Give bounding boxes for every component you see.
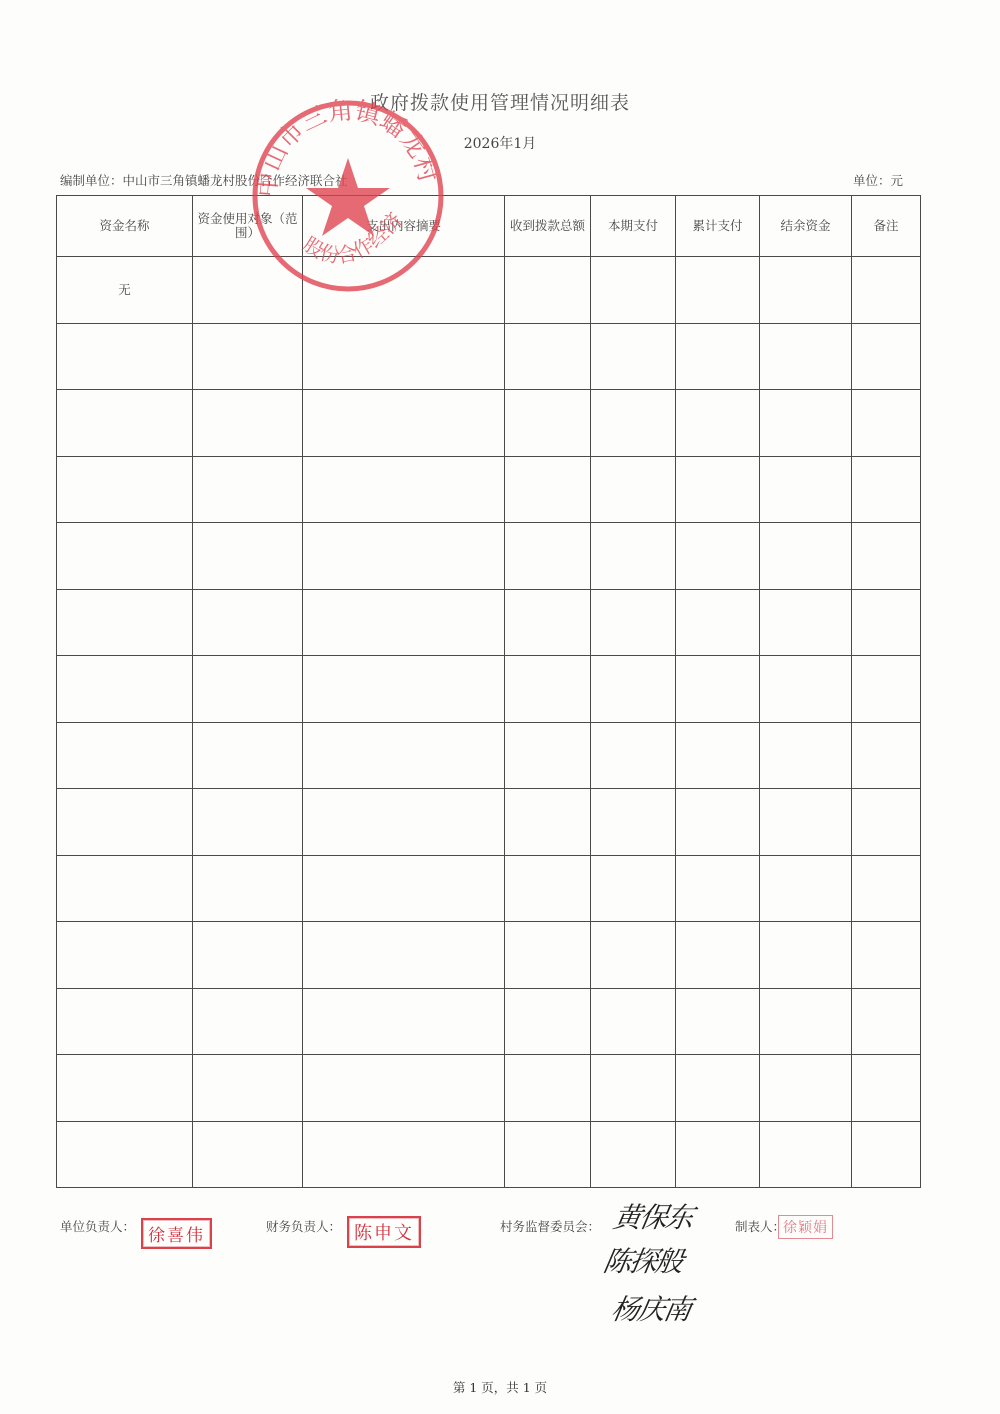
- table-cell: [57, 456, 193, 523]
- table-cell: [505, 456, 591, 523]
- preparer-org: 中山市三角镇蟠龙村股份合作经济联合社: [123, 173, 348, 188]
- table-cell: [760, 523, 852, 590]
- table-cell: [505, 722, 591, 789]
- table-cell: [760, 988, 852, 1055]
- table-cell: [193, 789, 303, 856]
- table-cell: [852, 656, 921, 723]
- table-body: 无: [57, 257, 921, 1188]
- preparer-label: 编制单位：: [60, 173, 123, 188]
- table-cell: [760, 589, 852, 656]
- table-cell: [676, 390, 760, 457]
- table-cell: [303, 722, 505, 789]
- table-cell: [852, 855, 921, 922]
- column-header: 资金名称: [57, 196, 193, 257]
- table-cell: [676, 323, 760, 390]
- finance-head-label: 财务负责人：: [266, 1217, 341, 1235]
- table-cell: [591, 257, 676, 324]
- table-cell: [852, 988, 921, 1055]
- table-cell: [303, 257, 505, 324]
- table-cell: [193, 656, 303, 723]
- unit-head-label: 单位负责人：: [60, 1217, 135, 1235]
- preparer-stamp: 徐颖娟: [778, 1215, 833, 1239]
- table-cell: [57, 390, 193, 457]
- table-cell: [303, 656, 505, 723]
- table-cell: [852, 589, 921, 656]
- table-cell: [852, 257, 921, 324]
- table-cell: [591, 922, 676, 989]
- table-header-row: 资金名称资金使用对象（范围）支出内容摘要收到拨款总额本期支付累计支付结余资金备注: [57, 196, 921, 257]
- table-row: 无: [57, 257, 921, 324]
- table-row: [57, 323, 921, 390]
- table-row: [57, 523, 921, 590]
- table-cell: [303, 988, 505, 1055]
- table-cell: [676, 589, 760, 656]
- table-cell: [303, 589, 505, 656]
- table-cell: [193, 988, 303, 1055]
- table-cell: [505, 855, 591, 922]
- table-cell: [303, 523, 505, 590]
- table-cell: [505, 1055, 591, 1122]
- table-cell: [591, 589, 676, 656]
- table-cell: [591, 523, 676, 590]
- table-cell: [760, 722, 852, 789]
- table-cell: [57, 656, 193, 723]
- report-period: 2026年1月: [0, 133, 1000, 153]
- table-cell: [852, 456, 921, 523]
- table-cell: [57, 1055, 193, 1122]
- table-cell: [303, 390, 505, 457]
- table-cell: [193, 722, 303, 789]
- table-cell: [760, 323, 852, 390]
- currency-unit: 单位：元: [853, 171, 903, 189]
- table-row: [57, 456, 921, 523]
- table-cell: [57, 988, 193, 1055]
- column-header: 备注: [852, 196, 921, 257]
- table-cell: [303, 323, 505, 390]
- table-cell: [852, 922, 921, 989]
- table-row: [57, 855, 921, 922]
- table-row: [57, 988, 921, 1055]
- table-cell: [676, 789, 760, 856]
- table-cell: [852, 323, 921, 390]
- table-cell: [505, 257, 591, 324]
- table-cell: [193, 1055, 303, 1122]
- column-header: 结余资金: [760, 196, 852, 257]
- table-cell: [57, 589, 193, 656]
- table-cell: [760, 456, 852, 523]
- table-cell: [505, 988, 591, 1055]
- table-cell: [676, 1121, 760, 1188]
- table-cell: [505, 656, 591, 723]
- table-cell: [57, 1121, 193, 1188]
- table-cell: 无: [57, 257, 193, 324]
- table-cell: [760, 1121, 852, 1188]
- table-cell: [303, 789, 505, 856]
- table-cell: [676, 722, 760, 789]
- table-cell: [591, 656, 676, 723]
- table-cell: [591, 390, 676, 457]
- table-cell: [591, 323, 676, 390]
- table-cell: [57, 855, 193, 922]
- table-cell: [852, 722, 921, 789]
- table-row: [57, 1121, 921, 1188]
- table-cell: [852, 390, 921, 457]
- column-header: 累计支付: [676, 196, 760, 257]
- table-cell: [676, 656, 760, 723]
- table-cell: [193, 390, 303, 457]
- table-cell: [676, 523, 760, 590]
- table-cell: [193, 855, 303, 922]
- table-cell: [760, 656, 852, 723]
- table-cell: [505, 323, 591, 390]
- finance-head-stamp: 陈申文: [347, 1216, 421, 1248]
- table-cell: [591, 1121, 676, 1188]
- preparer-unit: 编制单位：中山市三角镇蟠龙村股份合作经济联合社: [60, 171, 348, 189]
- table-cell: [760, 390, 852, 457]
- table-row: [57, 722, 921, 789]
- table-cell: [505, 523, 591, 590]
- table-cell: [303, 1121, 505, 1188]
- table-cell: [303, 1055, 505, 1122]
- column-header: 本期支付: [591, 196, 676, 257]
- table-cell: [591, 855, 676, 922]
- table-cell: [852, 1121, 921, 1188]
- table-cell: [852, 523, 921, 590]
- table-cell: [760, 1055, 852, 1122]
- unit-value: 元: [891, 173, 904, 188]
- table-cell: [505, 789, 591, 856]
- supervision-label: 村务监督委员会：: [500, 1217, 600, 1235]
- grant-usage-table: 资金名称资金使用对象（范围）支出内容摘要收到拨款总额本期支付累计支付结余资金备注…: [56, 195, 921, 1188]
- table-cell: [193, 257, 303, 324]
- table-cell: [591, 988, 676, 1055]
- unit-label: 单位：: [853, 173, 891, 188]
- table-cell: [505, 922, 591, 989]
- supervision-signature-1: 黄保东: [610, 1196, 695, 1236]
- column-header: 收到拨款总额: [505, 196, 591, 257]
- table-row: [57, 1055, 921, 1122]
- column-header: 支出内容摘要: [303, 196, 505, 257]
- table-cell: [303, 855, 505, 922]
- table-cell: [57, 789, 193, 856]
- table-cell: [852, 1055, 921, 1122]
- table-cell: [852, 789, 921, 856]
- table-row: [57, 789, 921, 856]
- table-row: [57, 922, 921, 989]
- table-cell: [193, 922, 303, 989]
- document-title: 政府拨款使用管理情况明细表: [0, 88, 1000, 115]
- table-row: [57, 390, 921, 457]
- table-cell: [760, 257, 852, 324]
- supervision-signature-2: 陈探般: [600, 1240, 685, 1280]
- table-cell: [591, 789, 676, 856]
- table-cell: [303, 456, 505, 523]
- table-cell: [676, 257, 760, 324]
- column-header: 资金使用对象（范围）: [193, 196, 303, 257]
- table-cell: [505, 390, 591, 457]
- table-cell: [303, 922, 505, 989]
- table-cell: [193, 456, 303, 523]
- table-cell: [57, 323, 193, 390]
- table-cell: [760, 855, 852, 922]
- table-cell: [676, 855, 760, 922]
- table-cell: [591, 722, 676, 789]
- table-cell: [505, 589, 591, 656]
- table-cell: [676, 922, 760, 989]
- table-cell: [193, 589, 303, 656]
- table-cell: [505, 1121, 591, 1188]
- table-cell: [193, 323, 303, 390]
- unit-head-stamp: 徐喜伟: [141, 1218, 212, 1249]
- table-cell: [57, 523, 193, 590]
- table-cell: [676, 1055, 760, 1122]
- table-cell: [193, 1121, 303, 1188]
- table-cell: [591, 1055, 676, 1122]
- table-cell: [57, 722, 193, 789]
- table-cell: [57, 922, 193, 989]
- supervision-signature-3: 杨庆南: [608, 1288, 693, 1328]
- table-cell: [676, 988, 760, 1055]
- table-cell: [591, 456, 676, 523]
- table-row: [57, 656, 921, 723]
- page-indicator: 第 1 页，共 1 页: [0, 1378, 1000, 1396]
- table-cell: [193, 523, 303, 590]
- table-cell: [760, 789, 852, 856]
- table-cell: [760, 922, 852, 989]
- table-cell: [676, 456, 760, 523]
- table-row: [57, 589, 921, 656]
